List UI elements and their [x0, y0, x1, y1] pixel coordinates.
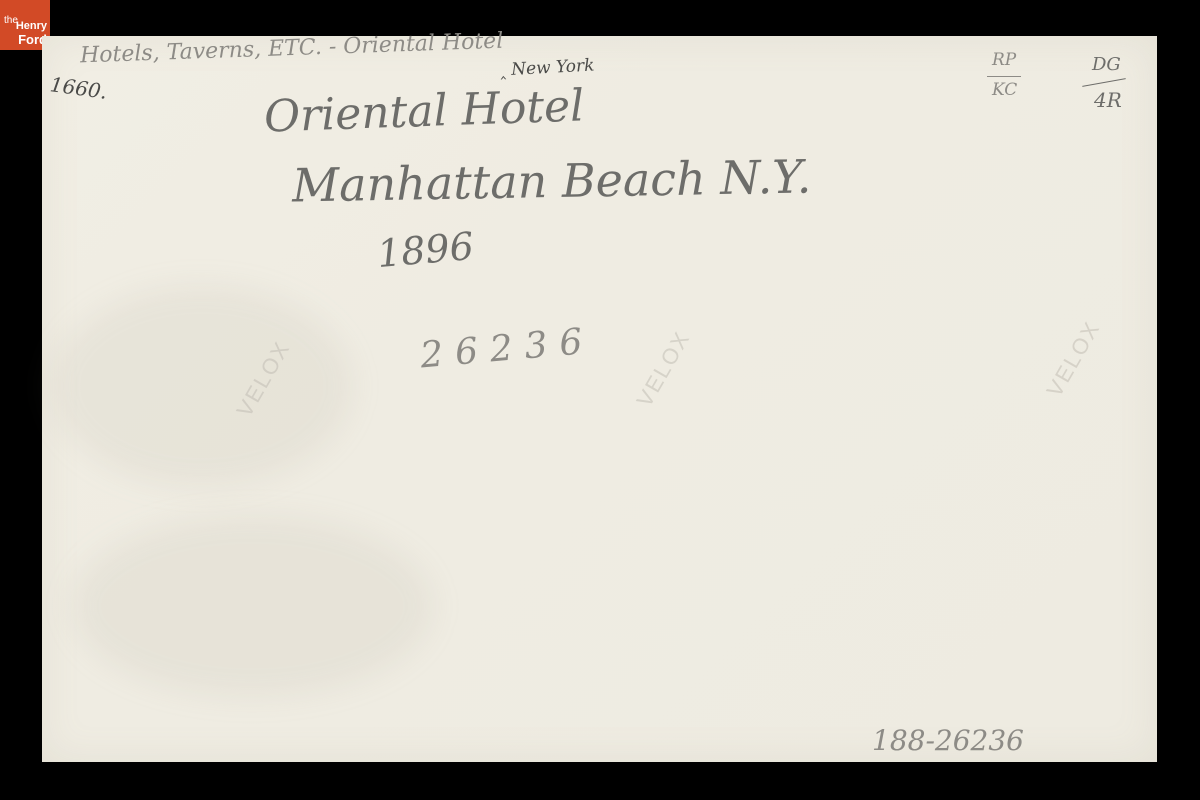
title-line-1: Oriental Hotel: [263, 80, 585, 142]
logo-henry: Henry: [16, 21, 47, 32]
catalog-number-left: 1660.: [49, 72, 109, 104]
paper-stain: [52, 286, 352, 486]
corner-mark-top: DG: [1092, 54, 1121, 75]
velox-watermark: VELOX: [632, 326, 696, 411]
initials-bottom: KC: [992, 80, 1017, 100]
negative-number: 26236: [419, 320, 596, 376]
initials-top: RP: [992, 50, 1016, 70]
corner-mark-bottom: 4R: [1094, 88, 1122, 112]
accession-number: 188-26236: [872, 724, 1024, 757]
corner-mark-divider: [1082, 78, 1126, 87]
photo-card-back: VELOX VELOX VELOX 1660. Hotels, Taverns,…: [42, 36, 1157, 762]
location-insert: ‸ New York: [500, 56, 595, 81]
paper-stain: [72, 516, 432, 696]
initials-divider: [987, 76, 1021, 77]
category-line: Hotels, Taverns, ETC. - Oriental Hotel: [80, 29, 504, 69]
velox-watermark: VELOX: [1042, 316, 1106, 401]
title-line-2: Manhattan Beach N.Y.: [292, 149, 812, 212]
year: 1896: [375, 224, 475, 276]
